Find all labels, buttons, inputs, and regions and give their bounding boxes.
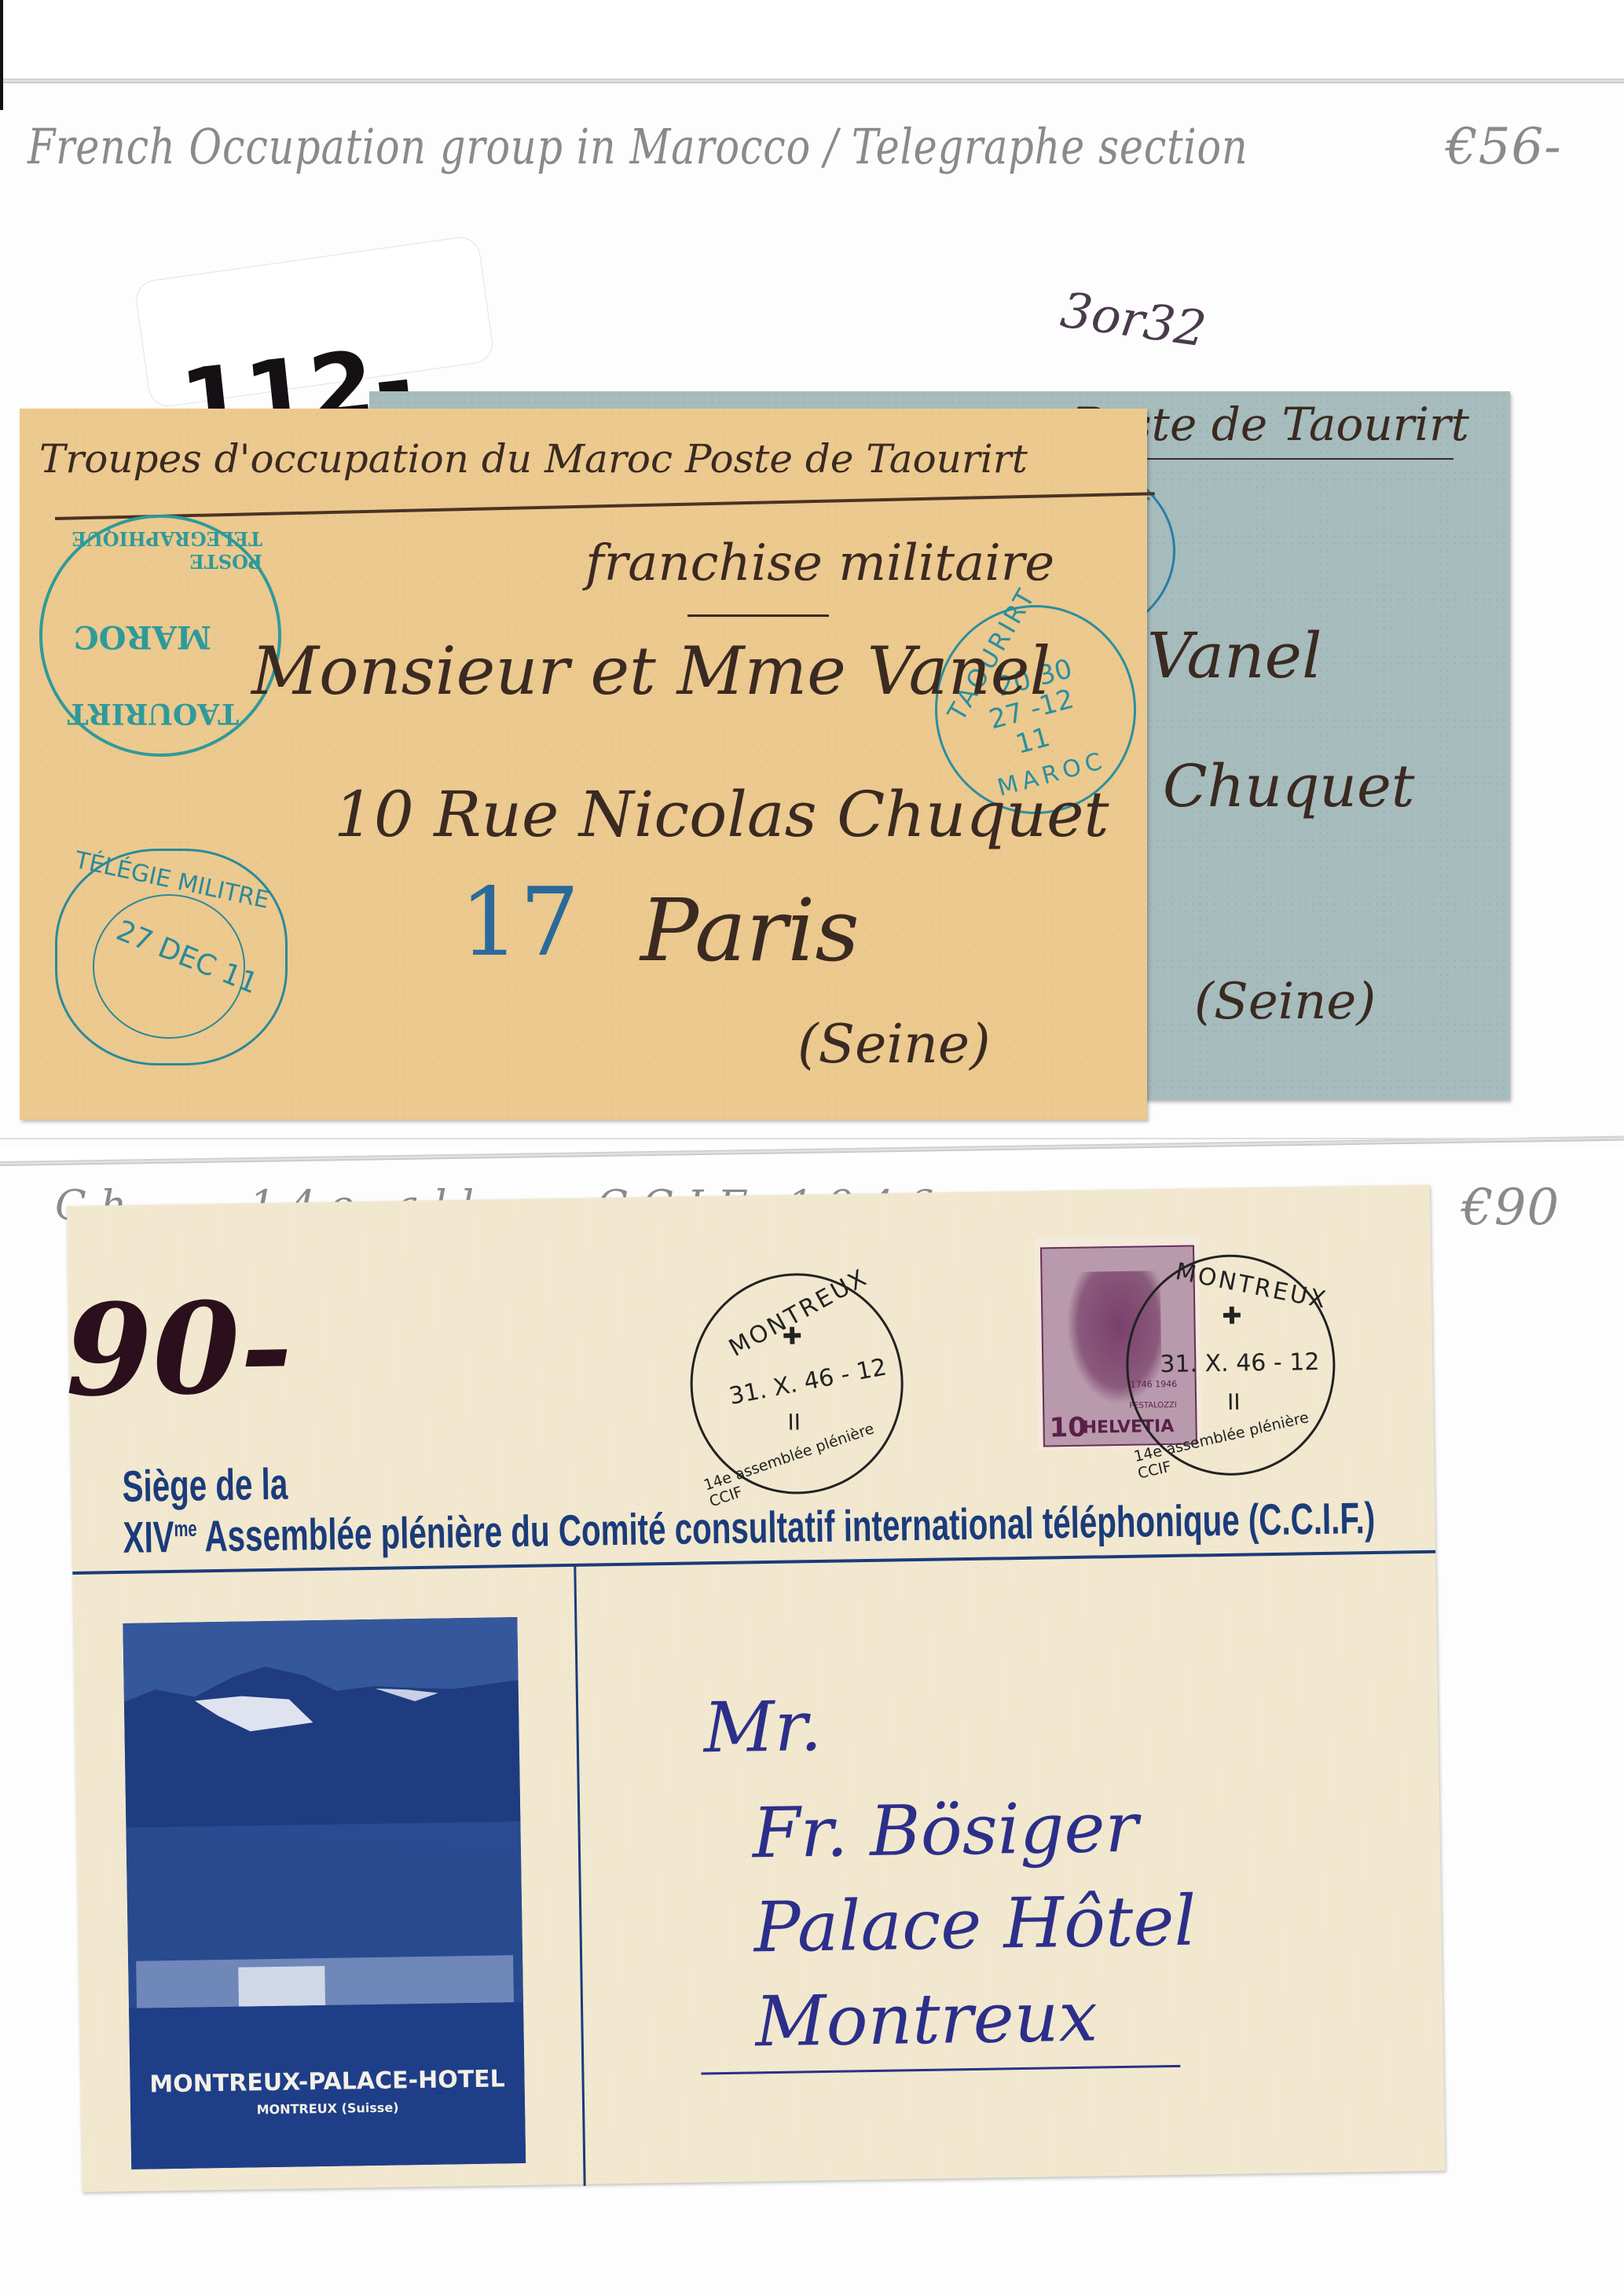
header-ordinal: me — [174, 1517, 197, 1541]
hotel-photo: MONTREUX-PALACE-HOTEL MONTREUX (Suisse) — [123, 1617, 526, 2169]
swiss-cross-icon: ✚ — [1222, 1303, 1242, 1330]
addressee: Monsieur et Mme Vanel — [251, 633, 1050, 710]
address-line-4: Montreux — [755, 1976, 1098, 2063]
address-underline — [701, 2065, 1180, 2075]
front-cover-header: Troupes d'occupation du Maroc Poste de T… — [39, 436, 1028, 482]
cachet-inverted-group: TAOURIRT MAROC POSTE TELEGRAPHIQUE — [42, 518, 278, 754]
postmark-date: 31. X. 46 - 12 — [1160, 1348, 1320, 1378]
cachet-outer-text: POSTE TELEGRAPHIQUE — [42, 527, 262, 573]
vertical-divider — [574, 1565, 585, 2186]
region: (Seine) — [797, 1014, 991, 1076]
address-line-1: Mr. — [703, 1685, 823, 1768]
header-line-1: Siège de la — [122, 1458, 288, 1512]
cachet-top-text: TAOURIRT — [68, 697, 239, 730]
back-cover-addressee: Vanel — [1147, 619, 1322, 692]
cachet-poste-telegraphique: TAOURIRT MAROC POSTE TELEGRAPHIQUE — [39, 515, 281, 757]
postmark-top-text: MONTREUX — [1173, 1258, 1330, 1315]
price-tag-2-text: 90- — [64, 1274, 293, 1425]
city: Paris — [640, 880, 860, 981]
street-address: 10 Rue Nicolas Chuquet — [334, 778, 1109, 851]
postmark-montreux-right: MONTREUX ✚ 31. X. 46 - 12 II 14e assembl… — [1124, 1253, 1336, 1477]
postmark-number: II — [1227, 1389, 1241, 1415]
sleeve-1-bottom-line — [0, 1138, 1624, 1139]
postmark-date: 31. X. 46 - 12 — [727, 1353, 889, 1410]
franchise-militaire: franchise militaire — [585, 534, 1054, 592]
sleeve-1-edge — [0, 79, 1624, 83]
postmark-bottom-text: 14e assemblée plénière CCIF — [1132, 1404, 1335, 1483]
blue-crayon-mark: 17 — [460, 868, 580, 977]
back-cover-region: (Seine) — [1194, 973, 1376, 1031]
header-roman-numeral: XIV — [123, 1512, 174, 1562]
header-line-2: XIVme Assemblée plénière du Comité consu… — [123, 1492, 1375, 1563]
cachet-center-text: MAROC — [74, 618, 211, 655]
postmark-bottom-text: 14e assemblée plénière CCIF — [702, 1413, 903, 1510]
postmark-telegraph-militaire: TÉLÉGIE MILITRE 27 DEC 11 — [55, 849, 288, 1065]
lot-1-pencil-note: French Occupation group in Marocco / Tel… — [27, 118, 1248, 175]
back-cover-street: Chuquet — [1163, 753, 1415, 820]
cover-ccif-1946[interactable]: 90- MONTREUX ✚ 31. X. 46 - 12 II 14e ass… — [67, 1185, 1445, 2192]
postmark-number: II — [787, 1409, 801, 1435]
address-line-3: Palace Hôtel — [753, 1880, 1197, 1968]
header-assembly-text: Assemblée plénière du Comité consultatif… — [196, 1493, 1375, 1561]
stamp-value: 10 — [1049, 1412, 1087, 1444]
address-line-2: Fr. Bösiger — [752, 1787, 1138, 1874]
lot-1-pencil-price: €56- — [1446, 118, 1562, 176]
lot-2-pencil-price: €90 — [1461, 1179, 1560, 1237]
left-binding-edge — [0, 0, 3, 110]
cover-front-yellow[interactable]: Troupes d'occupation du Maroc Poste de T… — [20, 409, 1147, 1120]
swiss-cross-icon: ✚ — [782, 1322, 802, 1350]
franchise-underline — [687, 614, 829, 617]
postmark-montreux-left: MONTREUX ✚ 31. X. 46 - 12 II 14e assembl… — [688, 1271, 904, 1495]
front-cover-header-rule — [55, 492, 1155, 520]
